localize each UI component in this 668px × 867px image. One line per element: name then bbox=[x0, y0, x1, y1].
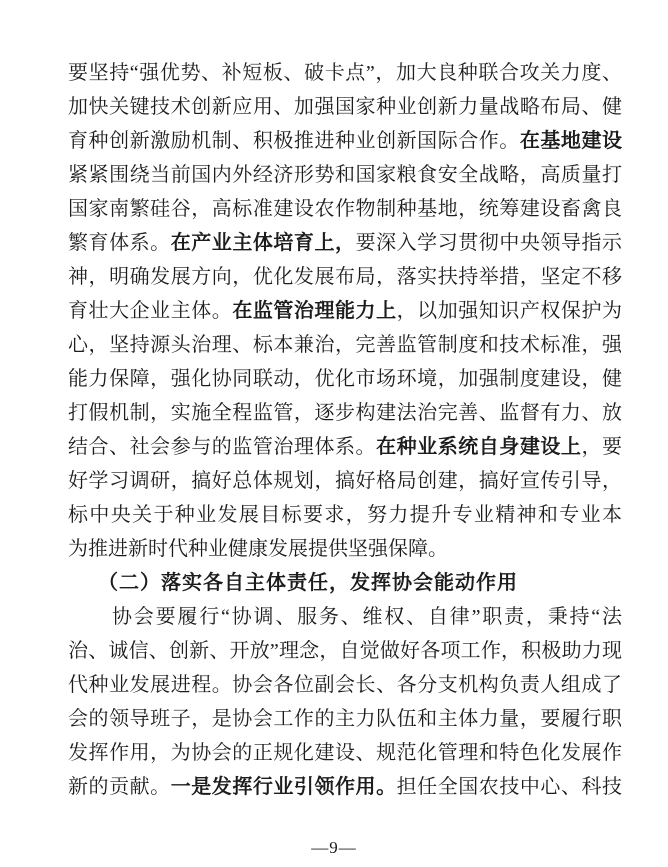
paragraph-line: 神，明确发展方向，优化发展布局，落实扶持举措，坚定不移培 bbox=[68, 260, 622, 294]
text-segment: 紧紧围绕当前国内外经济形势和国家粮食安全战略，高质量打造 bbox=[68, 164, 622, 192]
text-segment: 国家南繁硅谷，高标准建设农作物制种基地，统筹建设畜禽良种 bbox=[68, 198, 622, 226]
text-segment: 标中央关于种业发展目标要求，努力提升专业精神和专业本领， bbox=[68, 504, 622, 532]
text-segment: 发挥作用，为协会的正规化建设、规范化管理和特色化发展作出 bbox=[68, 742, 622, 770]
paragraph-line: 能力保障，强化协同联动，优化市场环境，加强制度建设，健全 bbox=[68, 362, 622, 396]
paragraph-line: 协会要履行“协调、服务、维权、自律”职责，秉持“法 bbox=[68, 600, 622, 634]
text-segment: 打假机制，实施全程监管，逐步构建法治完善、监督有力、放管 bbox=[68, 402, 622, 430]
text-segment: 心，坚持源头治理、标本兼治，完善监管制度和技术标准，强化 bbox=[68, 334, 622, 362]
paragraph-line: 为推进新时代种业健康发展提供坚强保障。 bbox=[68, 532, 622, 566]
paragraph-line: 打假机制，实施全程监管，逐步构建法治完善、监督有力、放管 bbox=[68, 396, 622, 430]
text-segment: 能力保障，强化协同联动，优化市场环境，加强制度建设，健全 bbox=[68, 368, 622, 396]
bold-text-segment: 在产业主体培育上， bbox=[171, 232, 356, 254]
bold-text-segment: （二）落实各自主体责任，发挥协会能动作用 bbox=[98, 572, 518, 594]
paragraph-line: 结合、社会参与的监管治理体系。在种业系统自身建设上，要搞 bbox=[68, 430, 622, 464]
section-heading: （二）落实各自主体责任，发挥协会能动作用 bbox=[68, 566, 622, 600]
paragraph-line: 标中央关于种业发展目标要求，努力提升专业精神和专业本领， bbox=[68, 498, 622, 532]
text-segment: 好学习调研，搞好总体规划，搞好格局创建，搞好宣传引导，对 bbox=[68, 470, 622, 498]
bold-text-segment: 在种业系统自身建设上 bbox=[376, 436, 581, 458]
paragraph-line: 育壮大企业主体。在监管治理能力上，以加强知识产权保护为核 bbox=[68, 294, 622, 328]
page-footer: —9— bbox=[0, 836, 668, 860]
text-segment: 育种创新激励机制、积极推进种业创新国际合作。 bbox=[68, 130, 520, 152]
paragraph-line: 代种业发展进程。协会各位副会长、各分支机构负责人组成了协 bbox=[68, 668, 622, 702]
text-segment: 会的领导班子，是协会工作的主力队伍和主体力量，要履行职责， bbox=[68, 708, 622, 736]
text-segment: 为推进新时代种业健康发展提供坚强保障。 bbox=[68, 538, 448, 560]
paragraph-line: 治、诚信、创新、开放”理念，自觉做好各项工作，积极助力现 bbox=[68, 634, 622, 668]
document-body: 要坚持“强优势、补短板、破卡点”，加大良种联合攻关力度、加快关键技术创新应用、加… bbox=[68, 56, 622, 804]
text-segment: 育壮大企业主体。 bbox=[68, 300, 232, 322]
paragraph-line: 紧紧围绕当前国内外经济形势和国家粮食安全战略，高质量打造 bbox=[68, 158, 622, 192]
paragraph-line: 好学习调研，搞好总体规划，搞好格局创建，搞好宣传引导，对 bbox=[68, 464, 622, 498]
text-segment: 治、诚信、创新、开放”理念，自觉做好各项工作，积极助力现 bbox=[68, 640, 622, 662]
bold-text-segment: 在监管治理能力上 bbox=[232, 300, 396, 322]
paragraph-line: 发挥作用，为协会的正规化建设、规范化管理和特色化发展作出 bbox=[68, 736, 622, 770]
paragraph-line: 国家南繁硅谷，高标准建设农作物制种基地，统筹建设畜禽良种 bbox=[68, 192, 622, 226]
text-segment: 加快关键技术创新应用、加强国家种业创新力量战略布局、健全 bbox=[68, 96, 622, 124]
bold-text-segment: 一是发挥行业引领作用。 bbox=[171, 776, 397, 798]
paragraph-line: 新的贡献。一是发挥行业引领作用。担任全国农技中心、科技发 bbox=[68, 770, 622, 804]
paragraph-line: 育种创新激励机制、积极推进种业创新国际合作。在基地建设上， bbox=[68, 124, 622, 158]
text-segment: 要坚持“强优势、补短板、破卡点”，加大良种联合攻关力度、 bbox=[68, 62, 622, 84]
page-number: —9— bbox=[311, 838, 357, 857]
text-segment: 结合、社会参与的监管治理体系。 bbox=[68, 436, 376, 458]
text-segment: 协会要履行“协调、服务、维权、自律”职责，秉持“法 bbox=[112, 606, 622, 628]
text-segment: 神，明确发展方向，优化发展布局，落实扶持举措，坚定不移培 bbox=[68, 266, 622, 294]
paragraph-line: 会的领导班子，是协会工作的主力队伍和主体力量，要履行职责， bbox=[68, 702, 622, 736]
paragraph-line: 心，坚持源头治理、标本兼治，完善监管制度和技术标准，强化 bbox=[68, 328, 622, 362]
paragraph-line: 加快关键技术创新应用、加强国家种业创新力量战略布局、健全 bbox=[68, 90, 622, 124]
text-segment: 代种业发展进程。协会各位副会长、各分支机构负责人组成了协 bbox=[68, 674, 622, 702]
text-segment: 新的贡献。 bbox=[68, 776, 171, 798]
paragraph-line: 繁育体系。在产业主体培育上，要深入学习贯彻中央领导指示精 bbox=[68, 226, 622, 260]
document-page: 要坚持“强优势、补短板、破卡点”，加大良种联合攻关力度、加快关键技术创新应用、加… bbox=[0, 0, 668, 867]
paragraph-line: 要坚持“强优势、补短板、破卡点”，加大良种联合攻关力度、 bbox=[68, 56, 622, 90]
text-segment: 繁育体系。 bbox=[68, 232, 171, 254]
